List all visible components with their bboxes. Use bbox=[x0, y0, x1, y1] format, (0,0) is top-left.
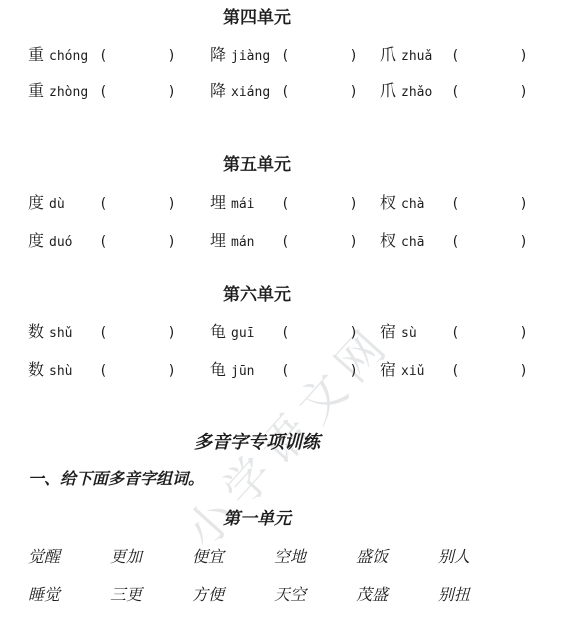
close-paren: ) bbox=[167, 48, 175, 64]
open-paren: ( bbox=[281, 325, 289, 341]
close-paren: ) bbox=[349, 325, 357, 341]
hanzi: 数 bbox=[28, 361, 44, 380]
polyphone-entry: 杈chā() bbox=[380, 232, 569, 251]
word-item: 盛饭 bbox=[356, 548, 388, 567]
pinyin: sù bbox=[401, 326, 451, 341]
word-item: 别人 bbox=[438, 548, 470, 567]
hanzi: 宿 bbox=[380, 361, 396, 380]
open-paren: ( bbox=[451, 325, 459, 341]
hanzi: 杈 bbox=[380, 232, 396, 251]
close-paren: ) bbox=[167, 234, 175, 250]
word-item: 睡觉 bbox=[28, 586, 60, 605]
open-paren: ( bbox=[99, 48, 107, 64]
word-item: 空地 bbox=[274, 548, 306, 567]
open-paren: ( bbox=[451, 234, 459, 250]
close-paren: ) bbox=[519, 48, 527, 64]
close-paren: ) bbox=[519, 363, 527, 379]
word-item: 三更 bbox=[110, 586, 142, 605]
pinyin: xiǔ bbox=[401, 364, 451, 379]
hanzi: 埋 bbox=[210, 194, 226, 213]
polyphone-entry: 埋mán() bbox=[210, 232, 380, 251]
open-paren: ( bbox=[281, 84, 289, 100]
close-paren: ) bbox=[167, 363, 175, 379]
pinyin: chóng bbox=[49, 49, 99, 64]
open-paren: ( bbox=[99, 325, 107, 341]
pinyin: xiáng bbox=[231, 85, 281, 100]
open-paren: ( bbox=[99, 84, 107, 100]
polyphone-entry: 重chóng() bbox=[28, 46, 210, 65]
polyphone-entry: 降jiàng() bbox=[210, 46, 380, 65]
open-paren: ( bbox=[99, 196, 107, 212]
pinyin: duó bbox=[49, 235, 99, 250]
close-paren: ) bbox=[349, 363, 357, 379]
hanzi: 爪 bbox=[380, 82, 396, 101]
pinyin: zhǎo bbox=[401, 85, 451, 100]
polyphone-entry: 度dù() bbox=[28, 194, 210, 213]
unit4-row-1: 重chóng() 降jiàng() 爪zhuǎ() bbox=[28, 46, 569, 65]
close-paren: ) bbox=[167, 196, 175, 212]
training-instruction: 一、给下面多音字组词。 bbox=[28, 470, 204, 490]
pinyin: zhòng bbox=[49, 85, 99, 100]
word-item: 别扭 bbox=[438, 586, 470, 605]
training-title: 多音字专项训练 bbox=[0, 431, 514, 453]
polyphone-entry: 杈chà() bbox=[380, 194, 569, 213]
word-item: 更加 bbox=[110, 548, 142, 567]
open-paren: ( bbox=[281, 196, 289, 212]
open-paren: ( bbox=[451, 48, 459, 64]
close-paren: ) bbox=[349, 196, 357, 212]
close-paren: ) bbox=[519, 196, 527, 212]
hanzi: 爪 bbox=[380, 46, 396, 65]
word-item: 天空 bbox=[274, 586, 306, 605]
hanzi: 龟 bbox=[210, 361, 226, 380]
word-item: 方便 bbox=[192, 586, 224, 605]
pinyin: chà bbox=[401, 197, 451, 212]
word-item: 觉醒 bbox=[28, 548, 60, 567]
open-paren: ( bbox=[281, 234, 289, 250]
polyphone-entry: 龟guī() bbox=[210, 323, 380, 342]
polyphone-entry: 宿xiǔ() bbox=[380, 361, 569, 380]
open-paren: ( bbox=[451, 84, 459, 100]
polyphone-entry: 重zhòng() bbox=[28, 82, 210, 101]
pinyin: shù bbox=[49, 364, 99, 379]
unit6-row-2: 数shù() 龟jūn() 宿xiǔ() bbox=[28, 361, 569, 380]
close-paren: ) bbox=[349, 48, 357, 64]
unit5-title: 第五单元 bbox=[0, 155, 514, 175]
worksheet-page: 小学语文网 第四单元 重chóng() 降jiàng() 爪zhuǎ() 重zh… bbox=[0, 0, 569, 627]
pinyin: mán bbox=[231, 235, 281, 250]
polyphone-entry: 数shǔ() bbox=[28, 323, 210, 342]
open-paren: ( bbox=[281, 48, 289, 64]
open-paren: ( bbox=[281, 363, 289, 379]
close-paren: ) bbox=[167, 325, 175, 341]
polyphone-entry: 龟jūn() bbox=[210, 361, 380, 380]
close-paren: ) bbox=[519, 325, 527, 341]
pinyin: dù bbox=[49, 197, 99, 212]
hanzi: 重 bbox=[28, 46, 44, 65]
hanzi: 杈 bbox=[380, 194, 396, 213]
polyphone-entry: 数shù() bbox=[28, 361, 210, 380]
word-row-1: 觉醒 更加 便宜 空地 盛饭 别人 bbox=[28, 548, 470, 567]
pinyin: jūn bbox=[231, 364, 281, 379]
hanzi: 降 bbox=[210, 82, 226, 101]
unit1-title: 第一单元 bbox=[0, 509, 514, 529]
word-item: 便宜 bbox=[192, 548, 224, 567]
unit6-title: 第六单元 bbox=[0, 285, 514, 305]
hanzi: 龟 bbox=[210, 323, 226, 342]
open-paren: ( bbox=[99, 363, 107, 379]
word-item: 茂盛 bbox=[356, 586, 388, 605]
polyphone-entry: 降xiáng() bbox=[210, 82, 380, 101]
pinyin: jiàng bbox=[231, 49, 281, 64]
open-paren: ( bbox=[451, 196, 459, 212]
hanzi: 埋 bbox=[210, 232, 226, 251]
word-row-2: 睡觉 三更 方便 天空 茂盛 别扭 bbox=[28, 586, 470, 605]
polyphone-entry: 宿sù() bbox=[380, 323, 569, 342]
hanzi: 宿 bbox=[380, 323, 396, 342]
unit4-row-2: 重zhòng() 降xiáng() 爪zhǎo() bbox=[28, 82, 569, 101]
close-paren: ) bbox=[349, 234, 357, 250]
open-paren: ( bbox=[99, 234, 107, 250]
unit4-title: 第四单元 bbox=[0, 8, 514, 28]
unit6-row-1: 数shǔ() 龟guī() 宿sù() bbox=[28, 323, 569, 342]
unit5-row-1: 度dù() 埋mái() 杈chà() bbox=[28, 194, 569, 213]
hanzi: 重 bbox=[28, 82, 44, 101]
unit5-row-2: 度duó() 埋mán() 杈chā() bbox=[28, 232, 569, 251]
polyphone-entry: 度duó() bbox=[28, 232, 210, 251]
polyphone-entry: 爪zhǎo() bbox=[380, 82, 569, 101]
pinyin: guī bbox=[231, 326, 281, 341]
hanzi: 降 bbox=[210, 46, 226, 65]
polyphone-entry: 爪zhuǎ() bbox=[380, 46, 569, 65]
hanzi: 数 bbox=[28, 323, 44, 342]
pinyin: shǔ bbox=[49, 326, 99, 341]
polyphone-entry: 埋mái() bbox=[210, 194, 380, 213]
pinyin: mái bbox=[231, 197, 281, 212]
hanzi: 度 bbox=[28, 194, 44, 213]
close-paren: ) bbox=[519, 84, 527, 100]
pinyin: zhuǎ bbox=[401, 49, 451, 64]
open-paren: ( bbox=[451, 363, 459, 379]
close-paren: ) bbox=[519, 234, 527, 250]
close-paren: ) bbox=[167, 84, 175, 100]
pinyin: chā bbox=[401, 235, 451, 250]
close-paren: ) bbox=[349, 84, 357, 100]
hanzi: 度 bbox=[28, 232, 44, 251]
